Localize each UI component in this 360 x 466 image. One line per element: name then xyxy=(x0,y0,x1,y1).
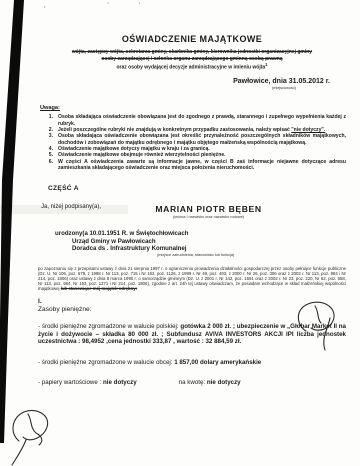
declarant-name-block: MARIAN PIOTR BĘBEN (imiona i nazwisko or… xyxy=(101,204,316,219)
subtitle-line-2: osoby zarządzającej i członka organu zar… xyxy=(38,56,346,63)
employment-caption: (miejsce zatrudnienia, stanowisko lub fu… xyxy=(157,253,346,258)
securities-label: - papiery wartościowe : xyxy=(38,379,103,386)
footnote-marker: 1 xyxy=(265,62,267,67)
section-1-title: Zasoby pieniężne: xyxy=(38,306,92,313)
securities-entry: - papiery wartościowe : nie dotyczy na k… xyxy=(38,379,346,386)
note-underlined-term: "nie dotyczy". xyxy=(291,127,325,133)
note-text: W części A oświadczenia zawarte są infor… xyxy=(58,159,346,172)
document-subtitle: wójta, zastępcy wójta, sekretarza gminy,… xyxy=(38,49,346,71)
birth-employment-block: urodzony(a 10.01.1951 R. w Świętochłowic… xyxy=(55,230,346,258)
notes-heading: Uwaga: xyxy=(40,105,346,111)
scanned-document-page: { "artifacts": { "top_marks": ", ’’" }, … xyxy=(0,0,360,466)
subtitle-line-3: oraz osoby wydającej decyzje administrac… xyxy=(38,62,346,71)
note-item: 1. Osoba składająca oświadczenie obowiąz… xyxy=(44,114,346,127)
note-text: Osoba składająca oświadczenie obowiązana… xyxy=(58,114,346,127)
note-number: 6. xyxy=(44,159,53,172)
note-text: Osoba składająca oświadczenie obowiązana… xyxy=(58,133,346,146)
note-number: 3. xyxy=(44,133,53,146)
section-1-number: I. xyxy=(38,298,346,306)
note-item: 6. W części A oświadczenia zawarte są in… xyxy=(44,159,346,172)
declarant-intro: Ja, niżej podpisany(a), xyxy=(41,204,101,210)
note-number: 1. xyxy=(44,114,53,127)
place-caption: (miejscowość) xyxy=(38,86,346,90)
section-1-heading: I. Zasoby pieniężne: xyxy=(38,298,346,314)
subtitle-line-1: wójta, zastępcy wójta, sekretarza gminy,… xyxy=(38,49,346,56)
polish-currency-entry: - środki pieniężne zgromadzone w walucie… xyxy=(38,323,346,346)
document-title: OŚWIADCZENIE MAJĄTKOWE xyxy=(38,34,346,44)
place-and-date: Pawłowice, dnia 31.05.2012 r. xyxy=(38,78,346,85)
document-body: , ’’ OŚWIADCZENIE MAJĄTKOWE wójta, zastę… xyxy=(0,0,360,466)
legal-text-struck: lub stanowiące mój majątek odrębny: xyxy=(61,286,137,291)
polish-currency-label: - środki pieniężne zgromadzone w walucie… xyxy=(38,323,180,330)
employer-line: Urząd Gminy w Pawłowicach xyxy=(72,238,346,246)
legal-basis-paragraph: po zapoznaniu się z przepisami ustawy z … xyxy=(38,266,346,291)
foreign-currency-label: - środki pieniężne zgromadzone w walucie… xyxy=(38,359,174,366)
part-a-heading: CZĘŚĆ A xyxy=(48,185,346,192)
birth-line: urodzony(a 10.01.1951 R. w Świętochłowic… xyxy=(55,230,346,238)
declarant-name: MARIAN PIOTR BĘBEN xyxy=(101,204,316,214)
securities-left: - papiery wartościowe : nie dotyczy xyxy=(38,379,137,386)
notes-section: Uwaga: 1. Osoba składająca oświadczenie … xyxy=(38,105,346,171)
securities-value: nie dotyczy xyxy=(103,379,137,386)
securities-amount: na kwotę: nie dotyczy xyxy=(179,379,241,386)
securities-amount-label: na kwotę: xyxy=(179,379,207,386)
securities-amount-value: nie dotyczy xyxy=(207,379,241,386)
position-line: Doradca ds . Infrastruktury Komunalnej xyxy=(72,245,346,253)
foreign-currency-value: 1 857,00 dolary amerykańskie xyxy=(174,359,261,366)
note-item: 3. Osoba składająca oświadczenie obowiąz… xyxy=(44,133,346,146)
foreign-currency-entry: - środki pieniężne zgromadzone w walucie… xyxy=(38,359,346,366)
declarant-row: Ja, niżej podpisany(a), MARIAN PIOTR BĘB… xyxy=(38,204,346,219)
declarant-name-caption: (imiona i nazwisko oraz nazwisko rodowe) xyxy=(101,215,316,219)
scan-dust-marks: , ’’ xyxy=(44,3,170,9)
